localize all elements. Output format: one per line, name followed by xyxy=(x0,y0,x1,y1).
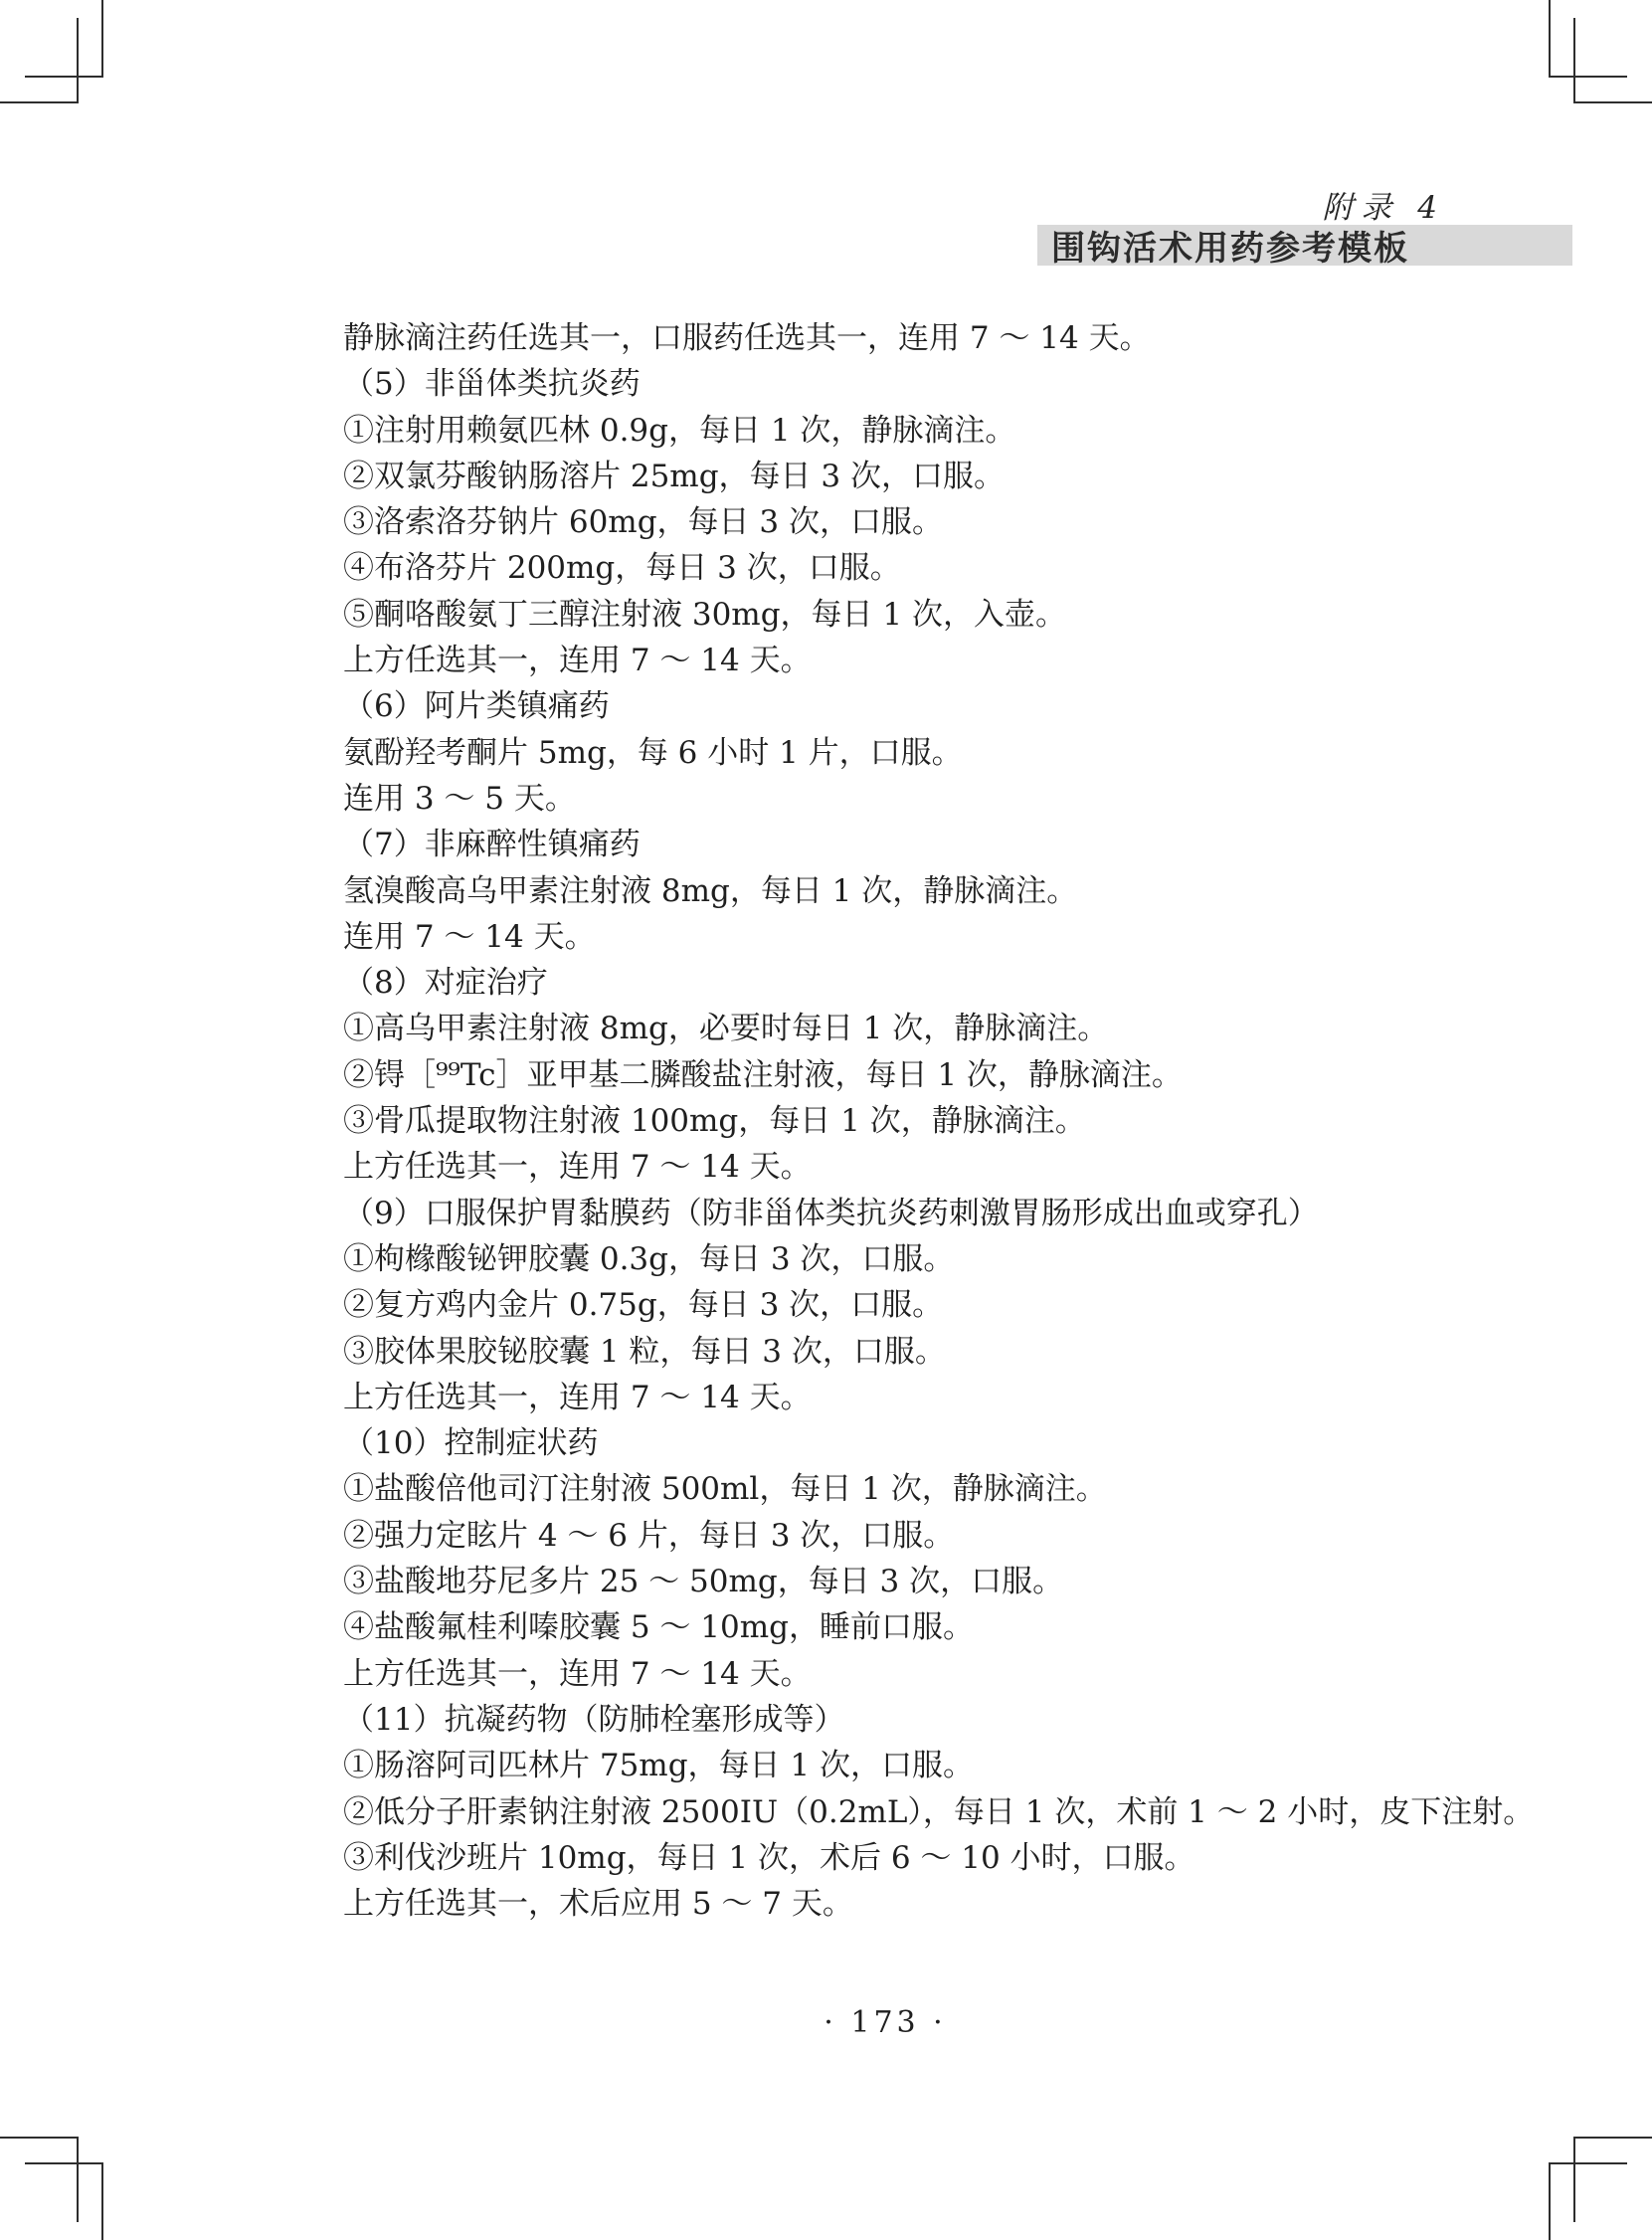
text-line: ④布洛芬片 200mg，每日 3 次，口服。 xyxy=(343,545,1437,591)
text-line: （5）非甾体类抗炎药 xyxy=(343,361,1437,407)
text-line: ③骨瓜提取物注射液 100mg，每日 1 次，静脉滴注。 xyxy=(343,1098,1437,1144)
text-line: 连用 3 ～ 5 天。 xyxy=(343,776,1437,822)
text-line: 上方任选其一，连用 7 ～ 14 天。 xyxy=(343,1144,1437,1190)
trim-mark-bottom-left xyxy=(0,2135,105,2240)
text-line: （6）阿片类镇痛药 xyxy=(343,683,1437,729)
text-line: （9）口服保护胃黏膜药（防非甾体类抗炎药刺激胃肠形成出血或穿孔） xyxy=(343,1191,1437,1236)
text-line: ③胶体果胶铋胶囊 1 粒，每日 3 次，口服。 xyxy=(343,1329,1437,1375)
text-line: 氢溴酸高乌甲素注射液 8mg，每日 1 次，静脉滴注。 xyxy=(343,868,1437,914)
trim-mark-bottom-right xyxy=(1547,2135,1652,2240)
text-line: 上方任选其一，术后应用 5 ～ 7 天。 xyxy=(343,1881,1437,1927)
text-line: ②复方鸡内金片 0.75g，每日 3 次，口服。 xyxy=(343,1282,1437,1328)
text-line: 氨酚羟考酮片 5mg，每 6 小时 1 片，口服。 xyxy=(343,730,1437,776)
text-line: 连用 7 ～ 14 天。 xyxy=(343,914,1437,960)
trim-mark-top-right xyxy=(1547,0,1652,105)
text-line: （7）非麻醉性镇痛药 xyxy=(343,822,1437,867)
text-line: 上方任选其一，连用 7 ～ 14 天。 xyxy=(343,1375,1437,1420)
text-line: ②锝［⁹⁹Tc］亚甲基二膦酸盐注射液，每日 1 次，静脉滴注。 xyxy=(343,1052,1437,1098)
book-page: 附录 4 围钩活术用药参考模板 静脉滴注药任选其一，口服药任选其一，连用 7 ～… xyxy=(0,0,1652,2240)
text-line: ③利伐沙班片 10mg，每日 1 次，术后 6 ～ 10 小时，口服。 xyxy=(343,1835,1437,1881)
text-line: ④盐酸氟桂利嗪胶囊 5 ～ 10mg，睡前口服。 xyxy=(343,1604,1437,1650)
text-line: ①注射用赖氨匹林 0.9g，每日 1 次，静脉滴注。 xyxy=(343,408,1437,454)
text-line: （8）对症治疗 xyxy=(343,960,1437,1006)
text-line: 上方任选其一，连用 7 ～ 14 天。 xyxy=(343,1651,1437,1697)
text-line: ②强力定眩片 4 ～ 6 片，每日 3 次，口服。 xyxy=(343,1513,1437,1559)
page-number: · 173 · xyxy=(343,2005,1427,2040)
body-text: 静脉滴注药任选其一，口服药任选其一，连用 7 ～ 14 天。（5）非甾体类抗炎药… xyxy=(343,315,1437,1927)
text-line: ③洛索洛芬钠片 60mg，每日 3 次，口服。 xyxy=(343,499,1437,545)
text-line: （11）抗凝药物（防肺栓塞形成等） xyxy=(343,1697,1437,1743)
text-line: ②双氯芬酸钠肠溶片 25mg，每日 3 次，口服。 xyxy=(343,454,1437,499)
section-title-bar: 围钩活术用药参考模板 xyxy=(1037,225,1572,266)
text-line: ③盐酸地芬尼多片 25 ～ 50mg，每日 3 次，口服。 xyxy=(343,1559,1437,1604)
section-title: 围钩活术用药参考模板 xyxy=(1037,221,1409,270)
trim-mark-top-left xyxy=(0,0,105,105)
text-line: ①枸橼酸铋钾胶囊 0.3g，每日 3 次，口服。 xyxy=(343,1236,1437,1282)
text-line: ②低分子肝素钠注射液 2500IU（0.2mL），每日 1 次，术前 1 ～ 2… xyxy=(343,1789,1437,1835)
text-line: ⑤酮咯酸氨丁三醇注射液 30mg，每日 1 次，入壶。 xyxy=(343,592,1437,638)
text-line: （10）控制症状药 xyxy=(343,1420,1437,1466)
text-line: ①肠溶阿司匹林片 75mg，每日 1 次，口服。 xyxy=(343,1743,1437,1788)
text-line: 上方任选其一，连用 7 ～ 14 天。 xyxy=(343,638,1437,683)
text-line: ①盐酸倍他司汀注射液 500ml，每日 1 次，静脉滴注。 xyxy=(343,1466,1437,1512)
text-line: ①高乌甲素注射液 8mg，必要时每日 1 次，静脉滴注。 xyxy=(343,1006,1437,1051)
text-line: 静脉滴注药任选其一，口服药任选其一，连用 7 ～ 14 天。 xyxy=(343,315,1437,361)
